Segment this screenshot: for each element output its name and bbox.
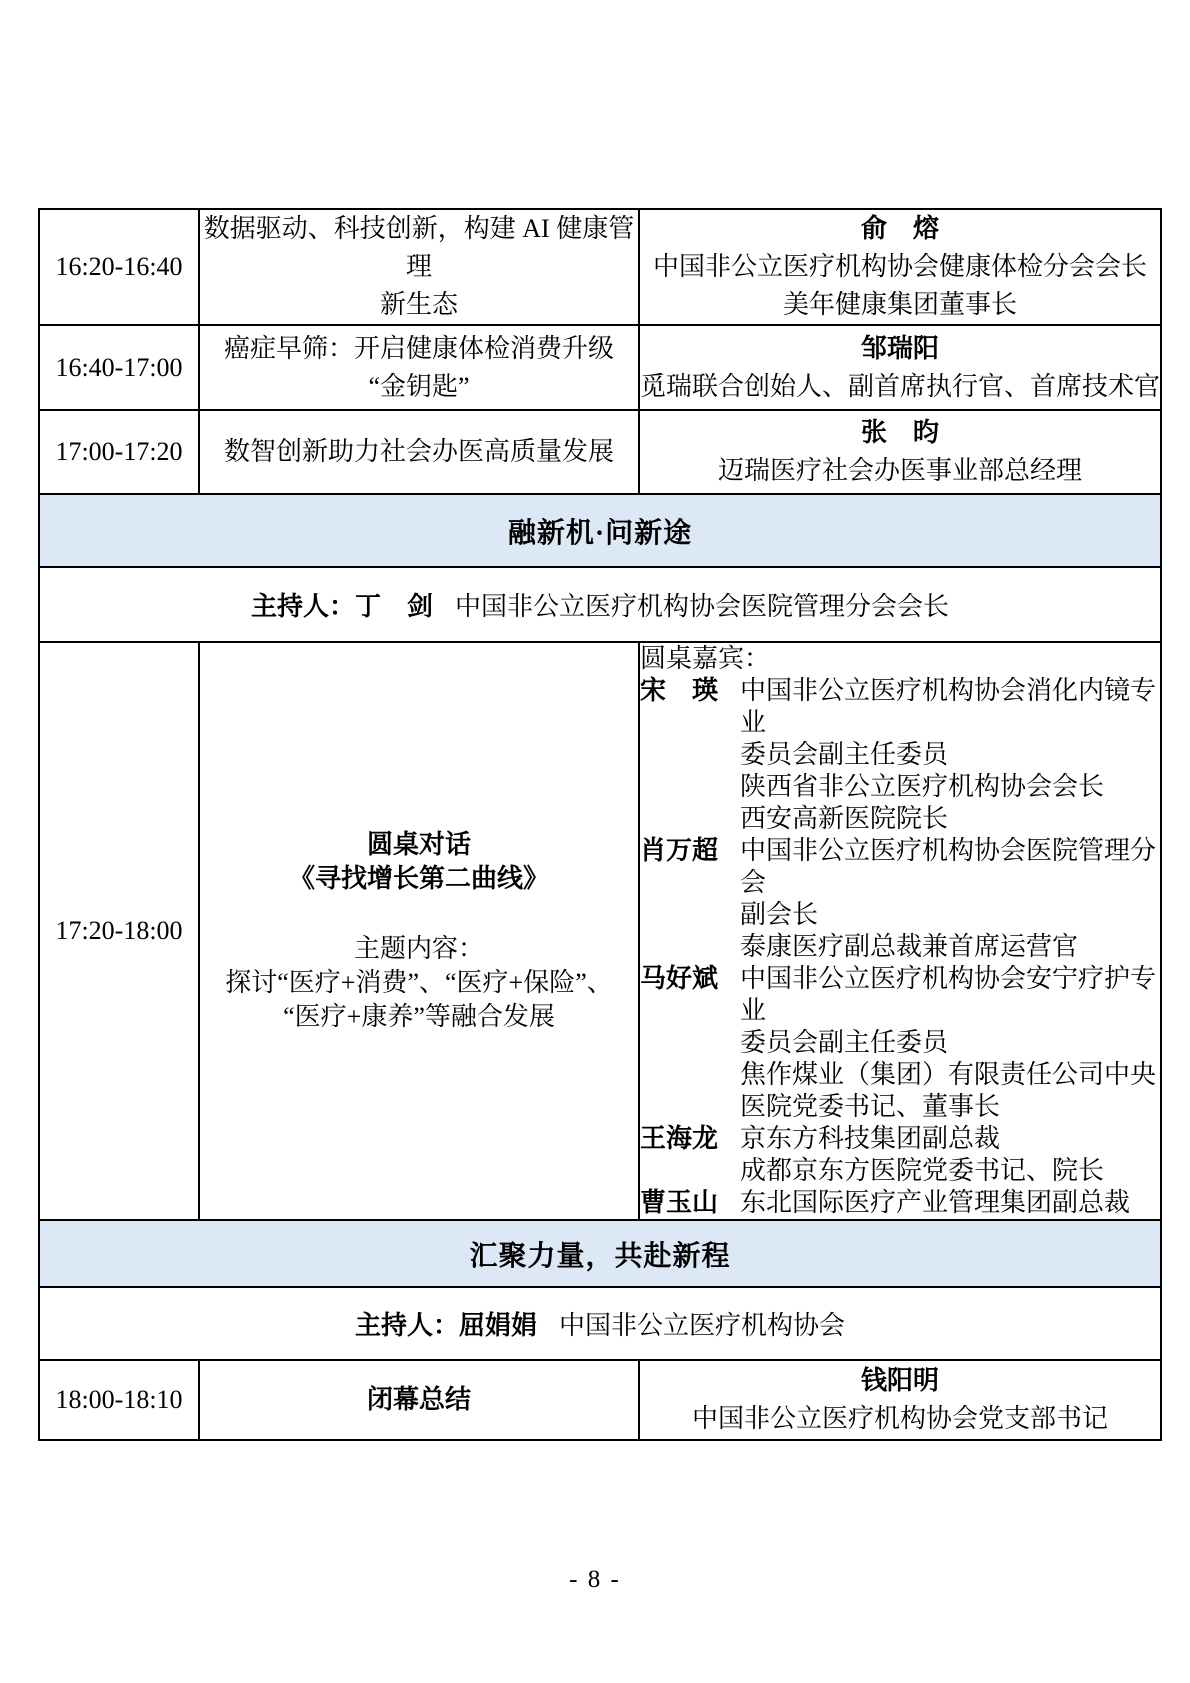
speaker-title: 觅瑞联合创始人、副首席执行官、首席技术官 — [640, 368, 1160, 406]
guest-row: 宋 瑛 中国非公立医疗机构协会消化内镜专业 委员会副主任委员 陕西省非公立医疗机… — [640, 675, 1160, 835]
moderator-row: 主持人：屈娟娟中国非公立医疗机构协会 — [39, 1287, 1161, 1360]
speaker-name: 邹瑞阳 — [640, 330, 1160, 368]
speaker-cell: 邹瑞阳 觅瑞联合创始人、副首席执行官、首席技术官 — [639, 325, 1161, 410]
roundtable-title: 圆桌对话 — [200, 828, 638, 862]
topic-line: 癌症早筛：开启健康体检消费升级 — [200, 330, 638, 368]
topic-line: 新生态 — [200, 286, 638, 324]
speaker-title: 美年健康集团董事长 — [640, 286, 1160, 324]
guest-title-line: 泰康医疗副总裁兼首席运营官 — [740, 931, 1160, 963]
roundtable-content-label: 主题内容： — [200, 932, 638, 966]
session-row: 18:00-18:10 闭幕总结 钱阳明 中国非公立医疗机构协会党支部书记 — [39, 1360, 1161, 1440]
speaker-name: 钱阳明 — [640, 1362, 1160, 1400]
guest-title-line: 中国非公立医疗机构协会消化内镜专业 — [740, 675, 1160, 739]
moderator-affiliation: 中国非公立医疗机构协会 — [559, 1311, 845, 1340]
time-cell: 16:40-17:00 — [39, 325, 199, 410]
page-number: - 8 - — [0, 1566, 1190, 1594]
session-row: 16:20-16:40 数据驱动、科技创新，构建 AI 健康管理 新生态 俞 熔… — [39, 209, 1161, 325]
session-row: 16:40-17:00 癌症早筛：开启健康体检消费升级 “金钥匙” 邹瑞阳 觅瑞… — [39, 325, 1161, 410]
moderator-affiliation: 中国非公立医疗机构协会医院管理分会会长 — [455, 592, 949, 621]
guest-title-line: 中国非公立医疗机构协会安宁疗护专业 — [740, 963, 1160, 1027]
agenda-table: 16:20-16:40 数据驱动、科技创新，构建 AI 健康管理 新生态 俞 熔… — [38, 208, 1162, 1441]
guests-label: 圆桌嘉宾： — [640, 643, 1160, 675]
section-band-row: 融新机·问新途 — [39, 494, 1161, 567]
speaker-cell: 钱阳明 中国非公立医疗机构协会党支部书记 — [639, 1360, 1161, 1440]
guest-row: 马好斌 中国非公立医疗机构协会安宁疗护专业 委员会副主任委员 焦作煤业（集团）有… — [640, 963, 1160, 1123]
speaker-title: 中国非公立医疗机构协会党支部书记 — [640, 1400, 1160, 1438]
roundtable-topic-cell: 圆桌对话 《寻找增长第二曲线》 主题内容： 探讨“医疗+消费”、“医疗+保险”、… — [199, 642, 639, 1220]
guest-row: 曹玉山 东北国际医疗产业管理集团副总裁 — [640, 1187, 1160, 1219]
guest-title-line: 中国非公立医疗机构协会医院管理分会 — [740, 835, 1160, 899]
speaker-cell: 俞 熔 中国非公立医疗机构协会健康体检分会会长 美年健康集团董事长 — [639, 209, 1161, 325]
moderator-cell: 主持人：丁 剑中国非公立医疗机构协会医院管理分会会长 — [39, 567, 1161, 642]
topic-cell: 闭幕总结 — [199, 1360, 639, 1440]
roundtable-row: 17:20-18:00 圆桌对话 《寻找增长第二曲线》 主题内容： 探讨“医疗+… — [39, 642, 1161, 1220]
roundtable-content-line: 探讨“医疗+消费”、“医疗+保险”、 — [200, 966, 638, 1000]
moderator-label: 主持人： — [355, 1311, 459, 1340]
speaker-title: 中国非公立医疗机构协会健康体检分会会长 — [640, 248, 1160, 286]
topic-line: “金钥匙” — [200, 368, 638, 406]
topic-line: 数据驱动、科技创新，构建 AI 健康管理 — [200, 210, 638, 286]
speaker-cell: 张 昀 迈瑞医疗社会办医事业部总经理 — [639, 410, 1161, 494]
guest-title-line: 委员会副主任委员 — [740, 739, 1160, 771]
guest-row: 王海龙 京东方科技集团副总裁 成都京东方医院党委书记、院长 — [640, 1123, 1160, 1187]
moderator-label: 主持人： — [251, 592, 355, 621]
session-row: 17:00-17:20 数智创新助力社会办医高质量发展 张 昀 迈瑞医疗社会办医… — [39, 410, 1161, 494]
topic-line: 闭幕总结 — [200, 1381, 638, 1419]
roundtable-guests-cell: 圆桌嘉宾： 宋 瑛 中国非公立医疗机构协会消化内镜专业 委员会副主任委员 陕西省… — [639, 642, 1161, 1220]
moderator-row: 主持人：丁 剑中国非公立医疗机构协会医院管理分会会长 — [39, 567, 1161, 642]
guest-name: 王海龙 — [640, 1123, 718, 1155]
guest-name: 宋 瑛 — [640, 675, 718, 707]
moderator-name: 丁 剑 — [355, 592, 433, 621]
guest-title-line: 京东方科技集团副总裁 — [740, 1123, 1160, 1155]
moderator-cell: 主持人：屈娟娟中国非公立医疗机构协会 — [39, 1287, 1161, 1360]
guest-title-line: 东北国际医疗产业管理集团副总裁 — [740, 1187, 1160, 1219]
guest-name: 曹玉山 — [640, 1187, 718, 1219]
guest-title-line: 成都京东方医院党委书记、院长 — [740, 1155, 1160, 1187]
section-band-row: 汇聚力量，共赴新程 — [39, 1220, 1161, 1287]
document-page: 16:20-16:40 数据驱动、科技创新，构建 AI 健康管理 新生态 俞 熔… — [0, 0, 1190, 1683]
roundtable-subtitle: 《寻找增长第二曲线》 — [200, 862, 638, 896]
speaker-name: 俞 熔 — [640, 210, 1160, 248]
guest-row: 肖万超 中国非公立医疗机构协会医院管理分会 副会长 泰康医疗副总裁兼首席运营官 — [640, 835, 1160, 963]
speaker-name: 张 昀 — [640, 414, 1160, 452]
topic-cell: 数智创新助力社会办医高质量发展 — [199, 410, 639, 494]
guest-title-line: 医院党委书记、董事长 — [740, 1091, 1160, 1123]
guest-title-line: 委员会副主任委员 — [740, 1027, 1160, 1059]
topic-cell: 癌症早筛：开启健康体检消费升级 “金钥匙” — [199, 325, 639, 410]
time-cell: 18:00-18:10 — [39, 1360, 199, 1440]
guest-title-line: 陕西省非公立医疗机构协会会长 — [740, 771, 1160, 803]
roundtable-content-line: “医疗+康养”等融合发展 — [200, 1000, 638, 1034]
time-cell: 16:20-16:40 — [39, 209, 199, 325]
speaker-title: 迈瑞医疗社会办医事业部总经理 — [640, 452, 1160, 490]
guest-title-line: 焦作煤业（集团）有限责任公司中央 — [740, 1059, 1160, 1091]
topic-line: 数智创新助力社会办医高质量发展 — [200, 433, 638, 471]
guest-name: 肖万超 — [640, 835, 718, 867]
section-band-title: 融新机·问新途 — [39, 494, 1161, 567]
guest-title-line: 西安高新医院院长 — [740, 803, 1160, 835]
topic-cell: 数据驱动、科技创新，构建 AI 健康管理 新生态 — [199, 209, 639, 325]
time-cell: 17:20-18:00 — [39, 642, 199, 1220]
section-band-title: 汇聚力量，共赴新程 — [39, 1220, 1161, 1287]
guest-title-line: 副会长 — [740, 899, 1160, 931]
guest-name: 马好斌 — [640, 963, 718, 995]
time-cell: 17:00-17:20 — [39, 410, 199, 494]
moderator-name: 屈娟娟 — [459, 1311, 537, 1340]
